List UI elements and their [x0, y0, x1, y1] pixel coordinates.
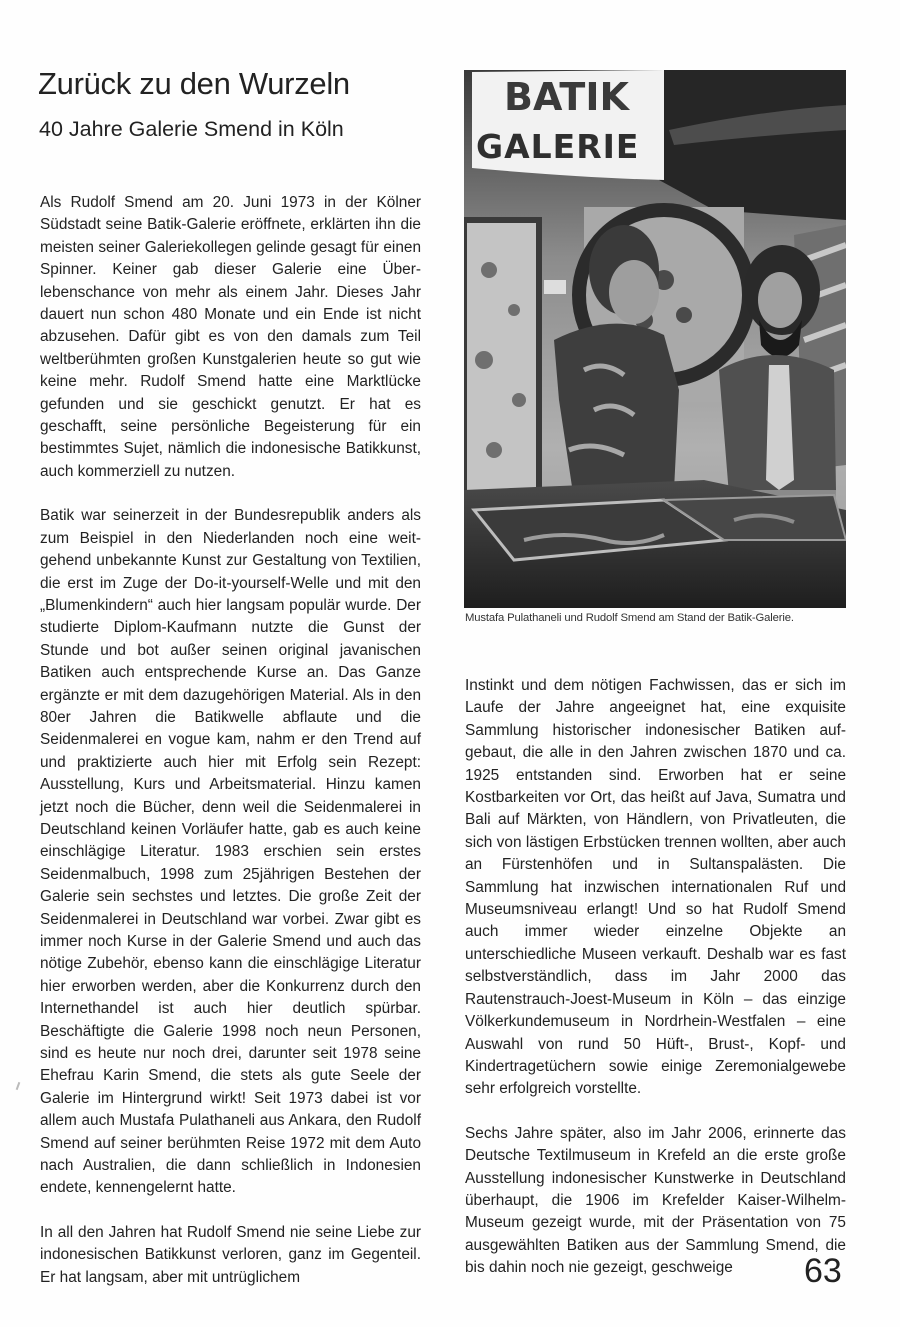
paragraph: Als Rudolf Smend am 20. Juni 1973 in der…	[40, 192, 421, 483]
left-text-column: Als Rudolf Smend am 20. Juni 1973 in der…	[40, 192, 421, 1311]
paragraph: Batik war seinerzeit in der Bundesrepubl…	[40, 505, 421, 1200]
page-number: 63	[804, 1252, 842, 1291]
banner-text-galerie: GALERIE	[476, 127, 639, 166]
paragraph: In all den Jahren hat Rudolf Smend nie s…	[40, 1222, 421, 1289]
photo-caption: Mustafa Pulathaneli und Rudolf Smend am …	[465, 612, 855, 624]
paragraph: Sechs Jahre später, also im Jahr 2006, e…	[465, 1123, 846, 1280]
article-subtitle: 40 Jahre Galerie Smend in Köln	[39, 117, 344, 142]
gallery-photo: BATIK GALERIE	[464, 70, 846, 608]
article-title: Zurück zu den Wurzeln	[38, 66, 350, 102]
right-text-column: Instinkt und dem nötigen Fachwissen, das…	[465, 675, 846, 1302]
scan-artifact	[16, 1082, 21, 1090]
banner-text-batik: BATIK	[504, 75, 630, 119]
paragraph: Instinkt und dem nötigen Fachwissen, das…	[465, 675, 846, 1101]
